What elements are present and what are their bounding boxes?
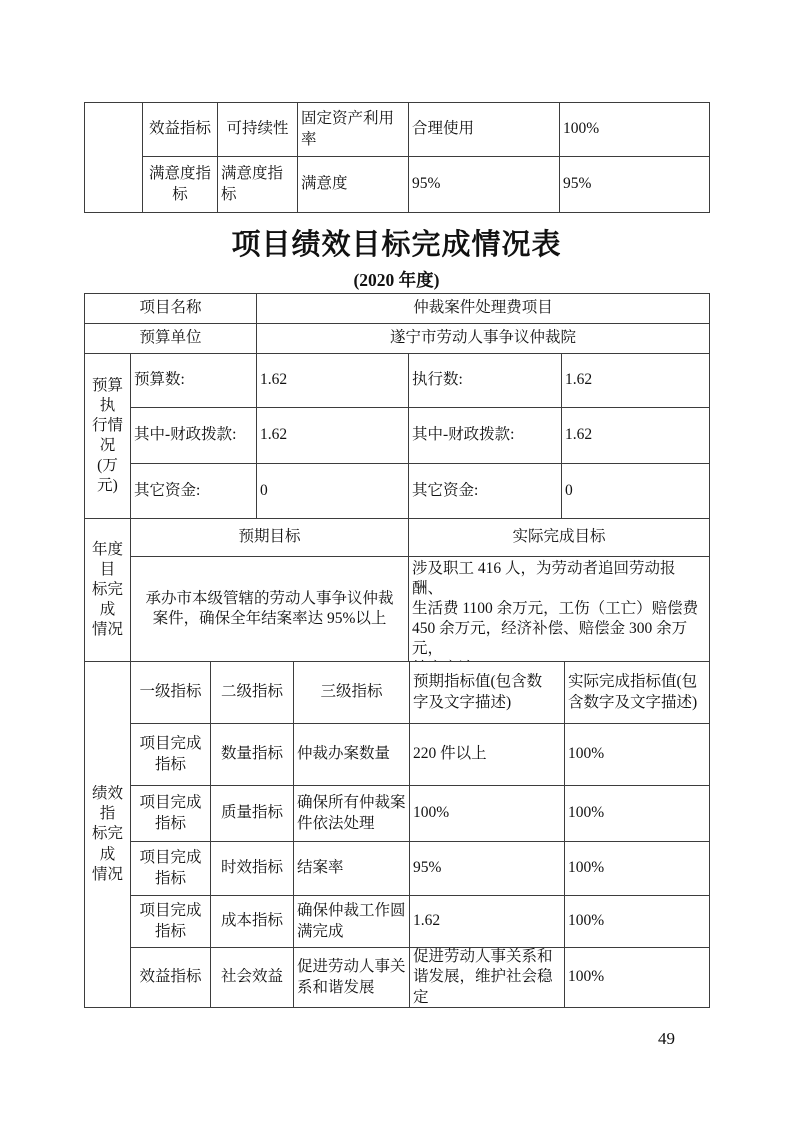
indicator-cell: 100% [565, 896, 709, 948]
indicator-cell: 数量指标 [211, 724, 294, 786]
budget-unit-value: 遂宁市劳动人事争议仲裁院 [257, 324, 709, 354]
indicator-cell: 质量指标 [211, 786, 294, 842]
col-header-level3: 三级指标 [294, 662, 410, 724]
page-subtitle: (2020 年度) [0, 267, 793, 292]
indicator-cell: 结案率 [294, 842, 410, 896]
indicator-cell: 100% [410, 786, 565, 842]
cell-expected-95: 95% [409, 157, 560, 212]
fiscal-allocation-value-right: 1.62 [562, 408, 709, 464]
document-page: 效益指标 可持续性 固定资产利用 率 合理使用 100% 满意度指 标 满意度指… [0, 0, 793, 1122]
indicator-cell: 效益指标 [131, 948, 211, 1007]
col-header-level2: 二级指标 [211, 662, 294, 724]
section-annual-targets: 年度目 标完成 情况 预期目标 实际完成目标 承办市本级管辖的劳动人事争议仲裁 … [85, 519, 709, 662]
budget-unit-label: 预算单位 [85, 324, 257, 354]
indicator-cell: 100% [565, 724, 709, 786]
col-header-level1: 一级指标 [131, 662, 211, 724]
col-header-actual-value: 实际完成指标值(包 含数字及文字描述) [565, 662, 709, 724]
col-header-expected-value: 预期指标值(包含数 字及文字描述) [410, 662, 565, 724]
indicator-cell: 100% [565, 842, 709, 896]
other-funds-value-left: 0 [257, 464, 409, 519]
project-name-value: 仲裁案件处理费项目 [257, 294, 709, 324]
other-funds-label-left: 其它资金: [131, 464, 257, 519]
actual-target-text: 2020 年共处理劳动人事争议案件 404 件， 涉及职工 416 人，为劳动者… [409, 557, 709, 662]
cell-satisfaction: 满意度 [298, 157, 409, 212]
fiscal-allocation-label-left: 其中-财政拨款: [131, 408, 257, 464]
indicator-cell: 仲裁办案数量 [294, 724, 410, 786]
indicator-cell: 项目完成 指标 [131, 786, 211, 842]
indicator-cell: 95% [410, 842, 565, 896]
other-funds-value-right: 0 [562, 464, 709, 519]
cell-actual-95: 95% [560, 157, 709, 212]
indicator-cell: 项目完成 指标 [131, 896, 211, 948]
indicator-cell: 100% [565, 786, 709, 842]
section-performance-indicators: 绩效指 标完成 情况 一级指标 二级指标 三级指标 预期指标值(包含数 字及文字… [85, 662, 709, 1007]
indicator-cell: 时效指标 [211, 842, 294, 896]
cell-fixed-asset-utilization: 固定资产利用 率 [298, 103, 409, 157]
cell-value-100: 100% [560, 103, 709, 157]
cell-benefit-indicator: 效益指标 [143, 103, 218, 157]
expected-target-header: 预期目标 [131, 519, 409, 557]
indicator-cell: 确保所有仲裁案 件依法处理 [294, 786, 410, 842]
budget-amount-value: 1.62 [257, 354, 409, 408]
actual-target-header: 实际完成目标 [409, 519, 709, 557]
section-budget-execution: 预算执 行情况 (万元) 预算数: 1.62 执行数: 1.62 其中-财政拨款… [85, 354, 709, 519]
executed-amount-label: 执行数: [409, 354, 562, 408]
annual-targets-header: 年度目 标完成 情况 [85, 519, 131, 662]
indicator-cell: 1.62 [410, 896, 565, 948]
indicator-cell: 促进劳动人事关系和 谐发展，维护社会稳 定 [410, 948, 565, 1007]
budget-execution-header: 预算执 行情况 (万元) [85, 354, 131, 519]
cell-satisfaction-indicator: 满意度指 标 [143, 157, 218, 212]
page-title: 项目绩效目标完成情况表 [0, 222, 793, 263]
executed-amount-value: 1.62 [562, 354, 709, 408]
project-name-label: 项目名称 [85, 294, 257, 324]
carryover-blank-cell [85, 103, 143, 212]
cell-reasonable-use: 合理使用 [409, 103, 560, 157]
fiscal-allocation-label-right: 其中-财政拨款: [409, 408, 562, 464]
performance-table: 项目名称 仲裁案件处理费项目 预算单位 遂宁市劳动人事争议仲裁院 预算执 行情况… [84, 293, 710, 1008]
budget-amount-label: 预算数: [131, 354, 257, 408]
indicator-cell: 成本指标 [211, 896, 294, 948]
indicator-cell: 社会效益 [211, 948, 294, 1007]
indicator-cell: 220 件以上 [410, 724, 565, 786]
indicator-cell: 100% [565, 948, 709, 1007]
carryover-indicator-table: 效益指标 可持续性 固定资产利用 率 合理使用 100% 满意度指 标 满意度指… [84, 102, 710, 213]
page-number: 49 [658, 1029, 675, 1049]
cell-sustainability: 可持续性 [218, 103, 298, 157]
performance-indicators-header: 绩效指 标完成 情况 [85, 662, 131, 1007]
other-funds-label-right: 其它资金: [409, 464, 562, 519]
expected-target-text: 承办市本级管辖的劳动人事争议仲裁 案件，确保全年结案率达 95%以上 [131, 557, 409, 662]
indicator-cell: 项目完成 指标 [131, 842, 211, 896]
cell-satisfaction-indicator-2: 满意度指标 [218, 157, 298, 212]
section-project-info: 项目名称 仲裁案件处理费项目 预算单位 遂宁市劳动人事争议仲裁院 [85, 294, 709, 354]
fiscal-allocation-value-left: 1.62 [257, 408, 409, 464]
indicator-cell: 促进劳动人事关 系和谐发展 [294, 948, 410, 1007]
indicator-cell: 项目完成 指标 [131, 724, 211, 786]
indicator-cell: 确保仲裁工作圆 满完成 [294, 896, 410, 948]
